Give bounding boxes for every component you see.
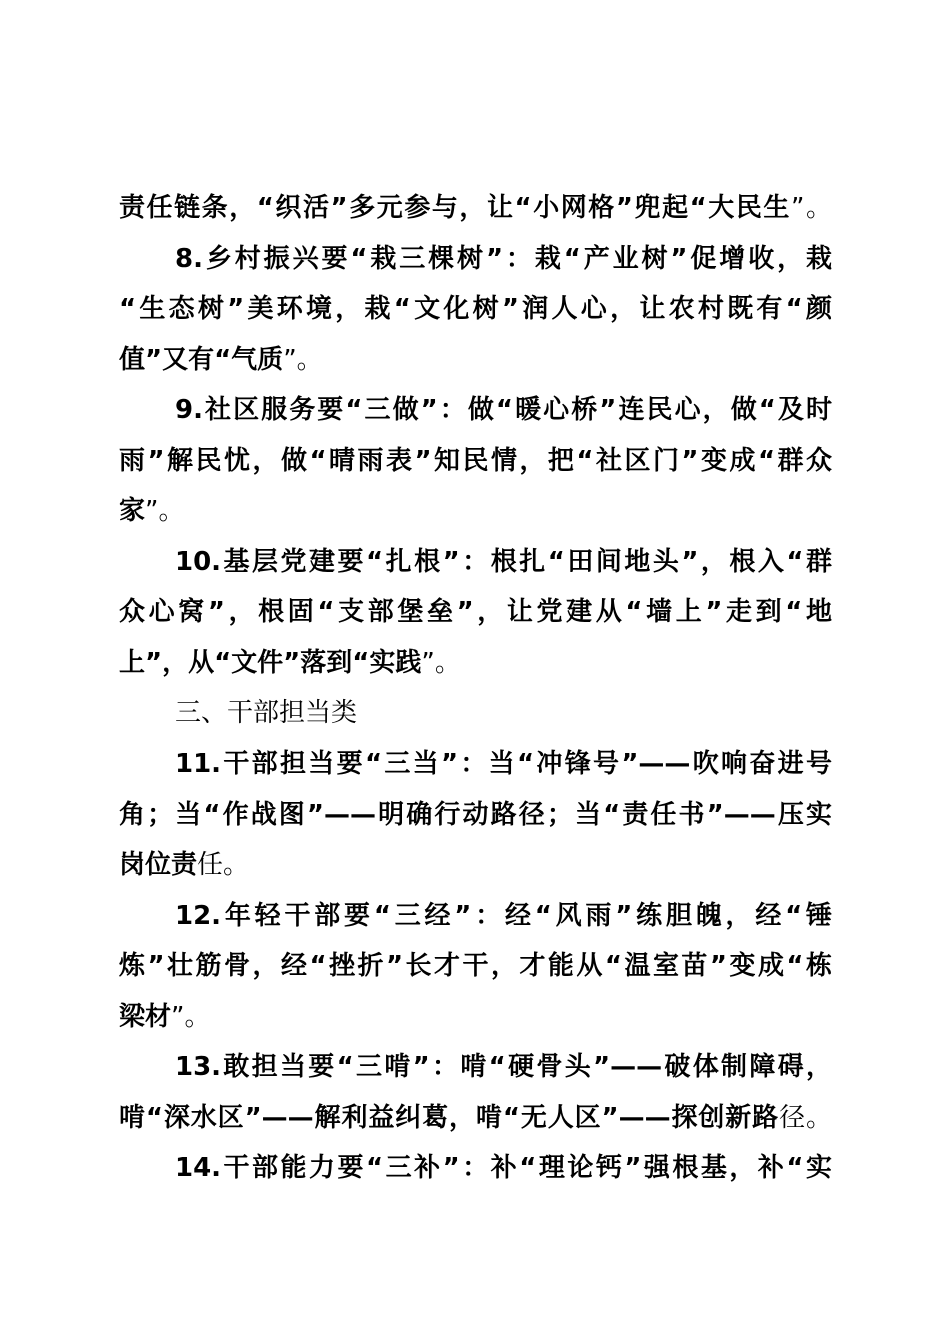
section-heading: 三、干部担当类 [119,688,832,739]
text-line: 众心窝”，根固“支部堡垒”，让党建从“墙上”走到“地 [119,587,832,638]
text-run: 值”又有“气质 [119,345,283,375]
text-run: 12.年轻干部要“三经”：经“风雨”练胆魄，经“锤 [175,901,832,931]
text-run: ”。 [145,496,184,526]
text-run: “生态树”美环境，栽“文化树”润人心，让农村既有“颜 [119,294,832,324]
text-run: 8.乡村振兴要“栽三棵树”：栽“产业树”促增收，栽 [175,244,832,274]
text-run: 责任链条，“织活”多元参与，让“小网格”兜起“大民生 [119,193,791,223]
text-line: 上”，从“文件”落到“实践”。 [119,638,832,689]
text-run: 13.敢担当要“三啃”：啃“硬骨头”——破体制障碍， [175,1052,832,1082]
text-line-paragraph-8: 8.乡村振兴要“栽三棵树”：栽“产业树”促增收，栽 [119,234,832,285]
text-line-paragraph-13: 13.敢担当要“三啃”：啃“硬骨头”——破体制障碍， [119,1042,832,1093]
text-run: 岗位责 [119,850,197,880]
text-run: 啃“深水区”——解利益纠葛，啃“无人区”——探创新路 [119,1103,779,1133]
text-line: 岗位责任。 [119,840,832,891]
text-line: 责任链条，“织活”多元参与，让“小网格”兜起“大民生”。 [119,183,832,234]
text-run: ”。 [421,648,460,678]
text-line: “生态树”美环境，栽“文化树”润人心，让农村既有“颜 [119,284,832,335]
document-page: 责任链条，“织活”多元参与，让“小网格”兜起“大民生”。 8.乡村振兴要“栽三棵… [119,183,832,1194]
text-run: ”。 [171,1002,210,1032]
text-run: 角；当“作战图”——明确行动路径；当“责任书”——压实 [119,800,832,830]
text-run: 炼”壮筋骨，经“挫折”长才干，才能从“温室苗”变成“栋 [119,951,832,981]
text-line-paragraph-9: 9.社区服务要“三做”：做“暖心桥”连民心，做“及时 [119,385,832,436]
text-run: 10.基层党建要“扎根”：根扎“田间地头”，根入“群 [175,547,832,577]
text-line-paragraph-12: 12.年轻干部要“三经”：经“风雨”练胆魄，经“锤 [119,891,832,942]
text-run: 家 [119,496,145,526]
text-run: 14.干部能力要“三补”：补“理论钙”强根基，补“实 [175,1153,832,1183]
text-run: 9.社区服务要“三做”：做“暖心桥”连民心，做“及时 [175,395,832,425]
text-run: ”。 [791,193,832,223]
text-line: 梁材”。 [119,992,832,1043]
text-line: 值”又有“气质”。 [119,335,832,386]
text-line: 家”。 [119,486,832,537]
text-line: 角；当“作战图”——明确行动路径；当“责任书”——压实 [119,790,832,841]
text-run: 上”，从“文件”落到“实践 [119,648,421,678]
text-line: 炼”壮筋骨，经“挫折”长才干，才能从“温室苗”变成“栋 [119,941,832,992]
text-run: 三、干部担当类 [175,698,357,728]
text-line-paragraph-14: 14.干部能力要“三补”：补“理论钙”强根基，补“实 [119,1143,832,1194]
text-run: 梁材 [119,1002,171,1032]
text-run: 径。 [779,1103,832,1133]
text-line-paragraph-10: 10.基层党建要“扎根”：根扎“田间地头”，根入“群 [119,537,832,588]
text-line: 啃“深水区”——解利益纠葛，啃“无人区”——探创新路径。 [119,1093,832,1144]
text-line-paragraph-11: 11.干部担当要“三当”：当“冲锋号”——吹响奋进号 [119,739,832,790]
text-line: 雨”解民忧，做“晴雨表”知民情，把“社区门”变成“群众 [119,436,832,487]
text-run: 任。 [197,850,249,880]
text-run: 雨”解民忧，做“晴雨表”知民情，把“社区门”变成“群众 [119,446,832,476]
text-run: 11.干部担当要“三当”：当“冲锋号”——吹响奋进号 [175,749,832,779]
text-run: ”。 [283,345,322,375]
text-run: 众心窝”，根固“支部堡垒”，让党建从“墙上”走到“地 [119,597,832,627]
